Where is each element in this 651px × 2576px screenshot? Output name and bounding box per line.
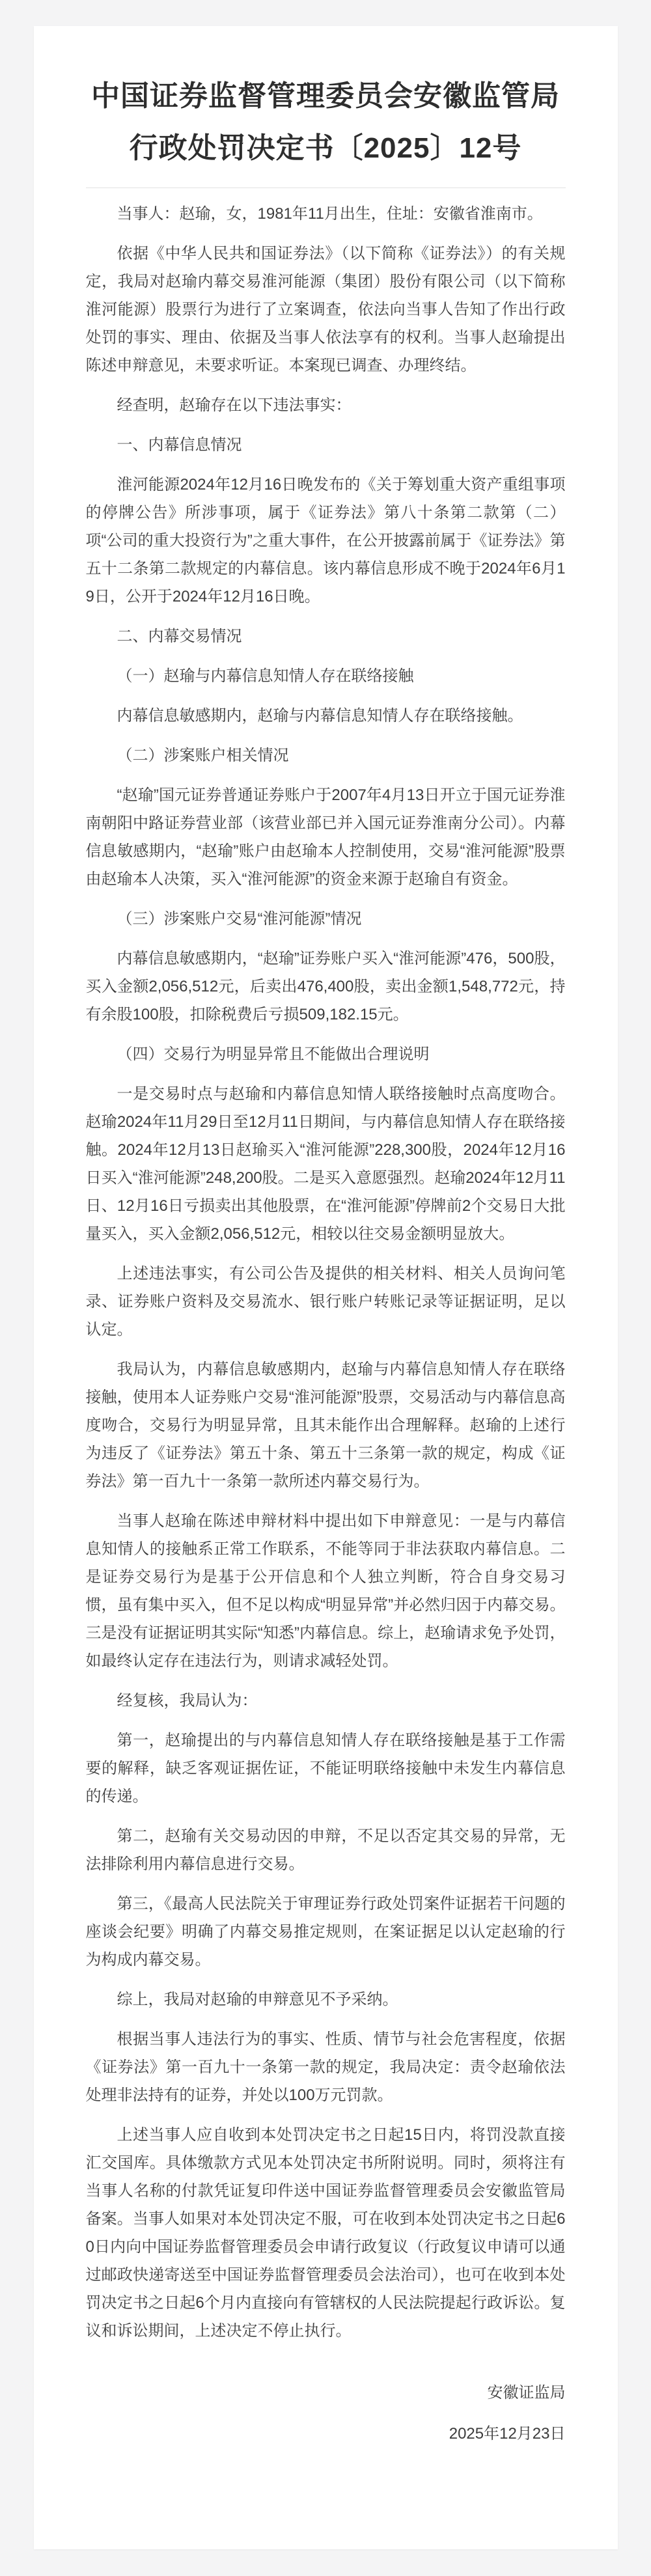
subsection-heading-2-1: （一）赵瑜与内幕信息知情人存在联络接触 [86,662,566,690]
paragraph-payment-appeal: 上述当事人应自收到本处罚决定书之日起15日内，将罚没款直接汇交国库。具体缴款方式… [86,2121,566,2345]
paragraph-trading-detail: 内幕信息敏感期内，“赵瑜”证券账户买入“淮河能源”476，500股，买入金额2,… [86,945,566,1029]
paragraph-defense-opinions: 当事人赵瑜在陈述申辩材料中提出如下申辩意见：一是与内幕信息知情人的接触系正常工作… [86,1507,566,1675]
document-card: 中国证券监督管理委员会安徽监管局 行政处罚决定书〔2025〕12号 当事人：赵瑜… [34,26,618,2549]
document-body: 当事人：赵瑜，女，1981年11月出生，住址：安徽省淮南市。 依据《中华人民共和… [86,200,566,2448]
paragraph-rejection: 综上，我局对赵瑜的申辩意见不予采纳。 [86,1986,566,2014]
paragraph-findings-intro: 经查明，赵瑜存在以下违法事实： [86,391,566,419]
paragraph-legal-basis: 依据《中华人民共和国证券法》（以下简称《证券法》）的有关规定，我局对赵瑜内幕交易… [86,240,566,380]
paragraph-account-info: “赵瑜”国元证券普通证券账户于2007年4月13日开立于国元证券淮南朝阳中路证券… [86,781,566,893]
paragraph-review-intro: 经复核，我局认为： [86,1687,566,1715]
paragraph-bureau-opinion: 我局认为，内幕信息敏感期内，赵瑜与内幕信息知情人存在联络接触，使用本人证券账户交… [86,1355,566,1495]
document-title-line1: 中国证券监督管理委员会安徽监管局 [86,70,566,122]
section-heading-2: 二、内幕交易情况 [86,622,566,650]
paragraph-abnormal-trading: 一是交易时点与赵瑜和内幕信息知情人联络接触时点高度吻合。赵瑜2024年11月29… [86,1080,566,1248]
paragraph-party-info: 当事人：赵瑜，女，1981年11月出生，住址：安徽省淮南市。 [86,200,566,228]
paragraph-review-third: 第三，《最高人民法院关于审理证券行政处罚案件证据若干问题的座谈会纪要》明确了内幕… [86,1890,566,1974]
subsection-heading-2-3: （三）涉案账户交易“淮河能源”情况 [86,905,566,933]
subsection-heading-2-4: （四）交易行为明显异常且不能做出合理说明 [86,1040,566,1068]
paragraph-decision: 根据当事人违法行为的事实、性质、情节与社会危害程度，依据《证券法》第一百九十一条… [86,2025,566,2109]
paragraph-review-first: 第一，赵瑜提出的与内幕信息知情人存在联络接触是基于工作需要的解释，缺乏客观证据佐… [86,1726,566,1810]
issuer-signature: 安徽证监局 [86,2379,566,2407]
title-divider [86,187,566,188]
subsection-heading-2-2: （二）涉案账户相关情况 [86,741,566,769]
paragraph-contact: 内幕信息敏感期内，赵瑜与内幕信息知情人存在联络接触。 [86,702,566,730]
section-heading-1: 一、内幕信息情况 [86,431,566,459]
paragraph-inside-info: 淮河能源2024年12月16日晚发布的《关于筹划重大资产重组事项的停牌公告》所涉… [86,471,566,611]
paragraph-evidence: 上述违法事实，有公司公告及提供的相关材料、相关人员询问笔录、证券账户资料及交易流… [86,1260,566,1344]
paragraph-review-second: 第二，赵瑜有关交易动因的申辩，不足以否定其交易的异常，无法排除利用内幕信息进行交… [86,1822,566,1878]
issue-date: 2025年12月23日 [86,2420,566,2448]
document-title-line2: 行政处罚决定书〔2025〕12号 [86,122,566,174]
